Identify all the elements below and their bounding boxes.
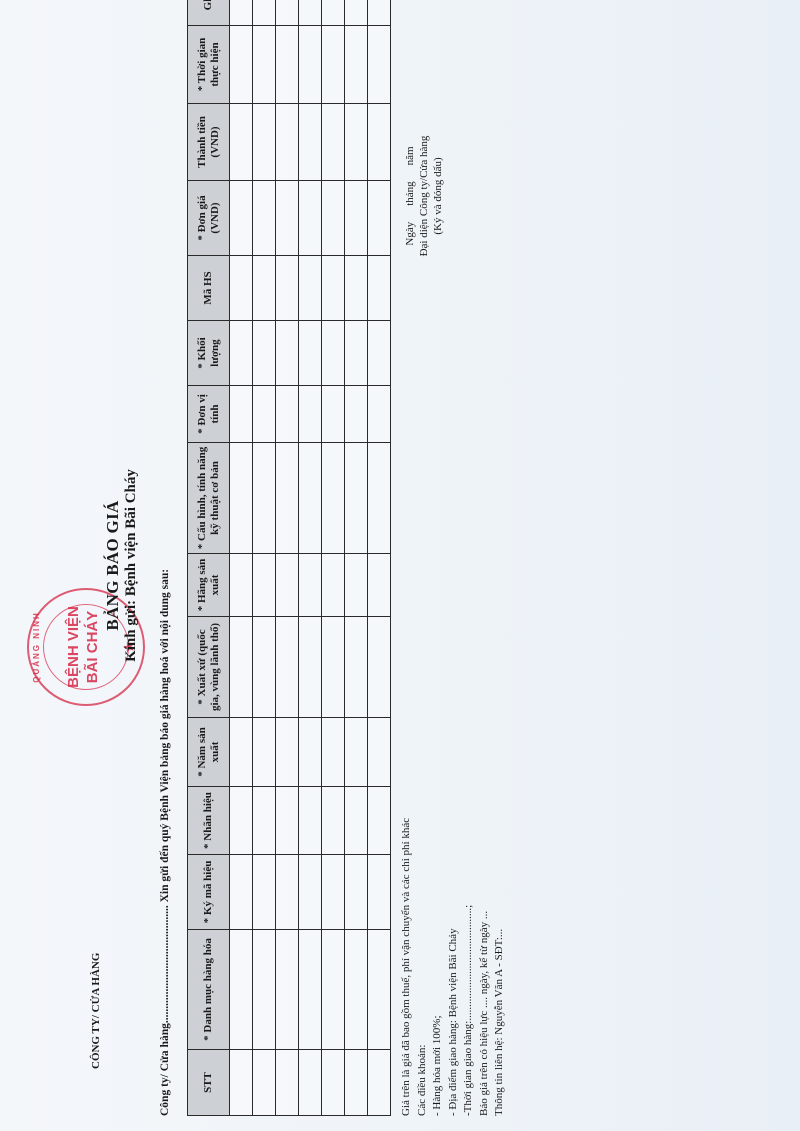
table-cell[interactable] (276, 1050, 299, 1116)
table-cell[interactable] (322, 554, 345, 617)
table-cell[interactable] (253, 321, 276, 386)
column-header: * Cấu hình, tính năng kỹ thuật cơ bản (188, 443, 230, 554)
table-cell[interactable] (322, 443, 345, 554)
table-cell[interactable] (253, 855, 276, 930)
table-row (322, 0, 345, 1116)
table-cell[interactable] (253, 386, 276, 443)
table-row (345, 0, 368, 1116)
table-cell[interactable] (368, 1050, 391, 1116)
date-part: năm (403, 146, 417, 165)
quotation-table: STT* Danh mục hàng hóa* Ký mã hiệu* Nhãn… (187, 0, 391, 1116)
table-cell[interactable] (230, 256, 253, 321)
table-cell[interactable] (276, 855, 299, 930)
table-cell[interactable] (322, 855, 345, 930)
table-cell[interactable] (345, 930, 368, 1050)
date-part: Ngày (403, 222, 417, 246)
table-cell[interactable] (322, 0, 345, 26)
table-cell[interactable] (345, 321, 368, 386)
table-cell[interactable] (368, 787, 391, 855)
table-cell[interactable] (345, 256, 368, 321)
terms-line: Các điều khoản: (415, 818, 431, 1116)
table-cell[interactable] (299, 443, 322, 554)
table-cell[interactable] (230, 1050, 253, 1116)
table-cell[interactable] (322, 1050, 345, 1116)
terms-line: Giá trên là giá đã bao gồm thuế, phí vận… (399, 818, 415, 1116)
terms-block: Giá trên là giá đã bao gồm thuế, phí vận… (399, 818, 508, 1116)
table-cell[interactable] (230, 26, 253, 104)
table-cell[interactable] (322, 181, 345, 256)
table-cell[interactable] (299, 104, 322, 181)
table-cell[interactable] (322, 321, 345, 386)
column-header: Mã HS (188, 256, 230, 321)
column-header: * Xuất xứ (quốc gia, vùng lãnh thổ) (188, 617, 230, 718)
table-cell[interactable] (368, 181, 391, 256)
table-cell[interactable] (299, 386, 322, 443)
table-cell[interactable] (345, 26, 368, 104)
company-label: CÔNG TY/ CỬA HÀNG (90, 953, 102, 1069)
table-cell[interactable] (276, 0, 299, 26)
table-cell[interactable] (368, 386, 391, 443)
column-header: * Năm sản xuất (188, 718, 230, 787)
column-header: Ghi chú (188, 0, 230, 26)
table-cell[interactable] (299, 787, 322, 855)
table-body (230, 0, 391, 1116)
table-cell[interactable] (299, 1050, 322, 1116)
column-header: * Ký mã hiệu (188, 855, 230, 930)
column-header: * Thời gian thực hiện (188, 26, 230, 104)
table-cell[interactable] (322, 718, 345, 787)
table-cell[interactable] (253, 1050, 276, 1116)
table-cell[interactable] (230, 321, 253, 386)
terms-line: Thông tin liên hệ: Nguyễn Văn A - SĐT:..… (492, 818, 508, 1116)
signature-role: Đại diện Công ty/Cửa hàng (417, 101, 431, 291)
table-cell[interactable] (230, 930, 253, 1050)
table-cell[interactable] (230, 617, 253, 718)
table-cell[interactable] (253, 617, 276, 718)
terms-line: Báo giá trên có hiệu lực .... ngày, kể t… (477, 818, 493, 1116)
table-cell[interactable] (345, 0, 368, 26)
terms-line: - Địa điểm giao hàng: Bệnh viện Bãi Cháy (446, 818, 462, 1116)
table-cell[interactable] (230, 554, 253, 617)
quotation-sheet: CÔNG TY/ CỬA HÀNG QUẢNG NINH BỆNH VIỆN B… (0, 0, 800, 1131)
column-header: * Nhãn hiệu (188, 787, 230, 855)
table-cell[interactable] (253, 104, 276, 181)
table-cell[interactable] (345, 718, 368, 787)
stamp-line-1: BỆNH VIỆN (65, 590, 82, 704)
table-cell[interactable] (299, 26, 322, 104)
terms-line: -Thời gian giao hàng:...................… (461, 818, 477, 1116)
table-cell[interactable] (368, 718, 391, 787)
table-cell[interactable] (345, 554, 368, 617)
table-row (253, 0, 276, 1116)
table-cell[interactable] (368, 554, 391, 617)
intro-company-field: Công ty/ Cửa hàng.......................… (159, 905, 171, 1116)
table-cell[interactable] (230, 787, 253, 855)
table-cell[interactable] (322, 386, 345, 443)
table-cell[interactable] (253, 930, 276, 1050)
table-cell[interactable] (276, 386, 299, 443)
date-part: tháng (403, 181, 417, 205)
table-cell[interactable] (276, 718, 299, 787)
table-cell[interactable] (253, 787, 276, 855)
table-cell[interactable] (276, 104, 299, 181)
column-header: * Khối lượng (188, 321, 230, 386)
table-cell[interactable] (276, 181, 299, 256)
table-cell[interactable] (299, 321, 322, 386)
table-cell[interactable] (345, 104, 368, 181)
table-cell[interactable] (230, 104, 253, 181)
table-cell[interactable] (345, 855, 368, 930)
column-header: * Danh mục hàng hóa (188, 930, 230, 1050)
recipient-line: Kính gửi: Bệnh viện Bãi Cháy (123, 0, 140, 1131)
table-cell[interactable] (368, 443, 391, 554)
table-cell[interactable] (253, 443, 276, 554)
table-cell[interactable] (299, 930, 322, 1050)
table-cell[interactable] (322, 617, 345, 718)
table-cell[interactable] (230, 443, 253, 554)
table-cell[interactable] (345, 787, 368, 855)
table-cell[interactable] (299, 181, 322, 256)
table-cell[interactable] (276, 256, 299, 321)
table-cell[interactable] (230, 718, 253, 787)
signature-note: (Ký và đóng dấu) (431, 101, 445, 291)
table-cell[interactable] (368, 0, 391, 26)
table-cell[interactable] (253, 0, 276, 26)
table-cell[interactable] (276, 930, 299, 1050)
table-cell[interactable] (368, 930, 391, 1050)
table-cell[interactable] (299, 718, 322, 787)
table-row (368, 0, 391, 1116)
table-cell[interactable] (253, 181, 276, 256)
column-header: * Đơn giá (VND) (188, 181, 230, 256)
table-cell[interactable] (230, 386, 253, 443)
table-cell[interactable] (368, 617, 391, 718)
table-cell[interactable] (230, 0, 253, 26)
signature-block: Ngàythángnăm Đại diện Công ty/Cửa hàng (… (403, 101, 445, 291)
table-cell[interactable] (299, 617, 322, 718)
document-title: BẢNG BÁO GIÁ (103, 0, 123, 1131)
stamp-line-2: BÃI CHÁY (84, 590, 101, 704)
table-cell[interactable] (299, 0, 322, 26)
table-cell[interactable] (253, 26, 276, 104)
table-cell[interactable] (276, 554, 299, 617)
table-cell[interactable] (276, 443, 299, 554)
table-row (299, 0, 322, 1116)
table-cell[interactable] (345, 1050, 368, 1116)
table-cell[interactable] (299, 554, 322, 617)
table-cell[interactable] (322, 26, 345, 104)
table-cell[interactable] (368, 855, 391, 930)
column-header: * Hãng sản xuất (188, 554, 230, 617)
intro-line: Công ty/ Cửa hàng.......................… (159, 569, 171, 1116)
table-cell[interactable] (299, 855, 322, 930)
table-cell[interactable] (345, 443, 368, 554)
table-cell[interactable] (368, 321, 391, 386)
table-cell[interactable] (299, 256, 322, 321)
table-cell[interactable] (322, 256, 345, 321)
table-cell[interactable] (322, 930, 345, 1050)
table-cell[interactable] (322, 104, 345, 181)
table-cell[interactable] (276, 787, 299, 855)
table-cell[interactable] (253, 256, 276, 321)
table-cell[interactable] (230, 855, 253, 930)
table-cell[interactable] (276, 321, 299, 386)
terms-line: - Hàng hóa mới 100%; (430, 818, 446, 1116)
intro-text: Xin gửi đến quý Bệnh Viện bảng báo giá h… (159, 569, 171, 902)
table-cell[interactable] (253, 718, 276, 787)
column-header: Thành tiền (VND) (188, 104, 230, 181)
table-row (230, 0, 253, 1116)
table-cell[interactable] (368, 104, 391, 181)
table-header-row: STT* Danh mục hàng hóa* Ký mã hiệu* Nhãn… (188, 0, 230, 1116)
table-cell[interactable] (345, 181, 368, 256)
stamp-ring-text: QUẢNG NINH (32, 590, 41, 704)
table-cell[interactable] (368, 26, 391, 104)
table-cell[interactable] (322, 787, 345, 855)
table-cell[interactable] (345, 386, 368, 443)
signature-date-line: Ngàythángnăm (403, 101, 417, 291)
table-cell[interactable] (230, 181, 253, 256)
table-cell[interactable] (276, 617, 299, 718)
column-header: * Đơn vị tính (188, 386, 230, 443)
table-cell[interactable] (253, 554, 276, 617)
table-row (276, 0, 299, 1116)
table-cell[interactable] (345, 617, 368, 718)
table-cell[interactable] (368, 256, 391, 321)
table-cell[interactable] (276, 26, 299, 104)
column-header: STT (188, 1050, 230, 1116)
